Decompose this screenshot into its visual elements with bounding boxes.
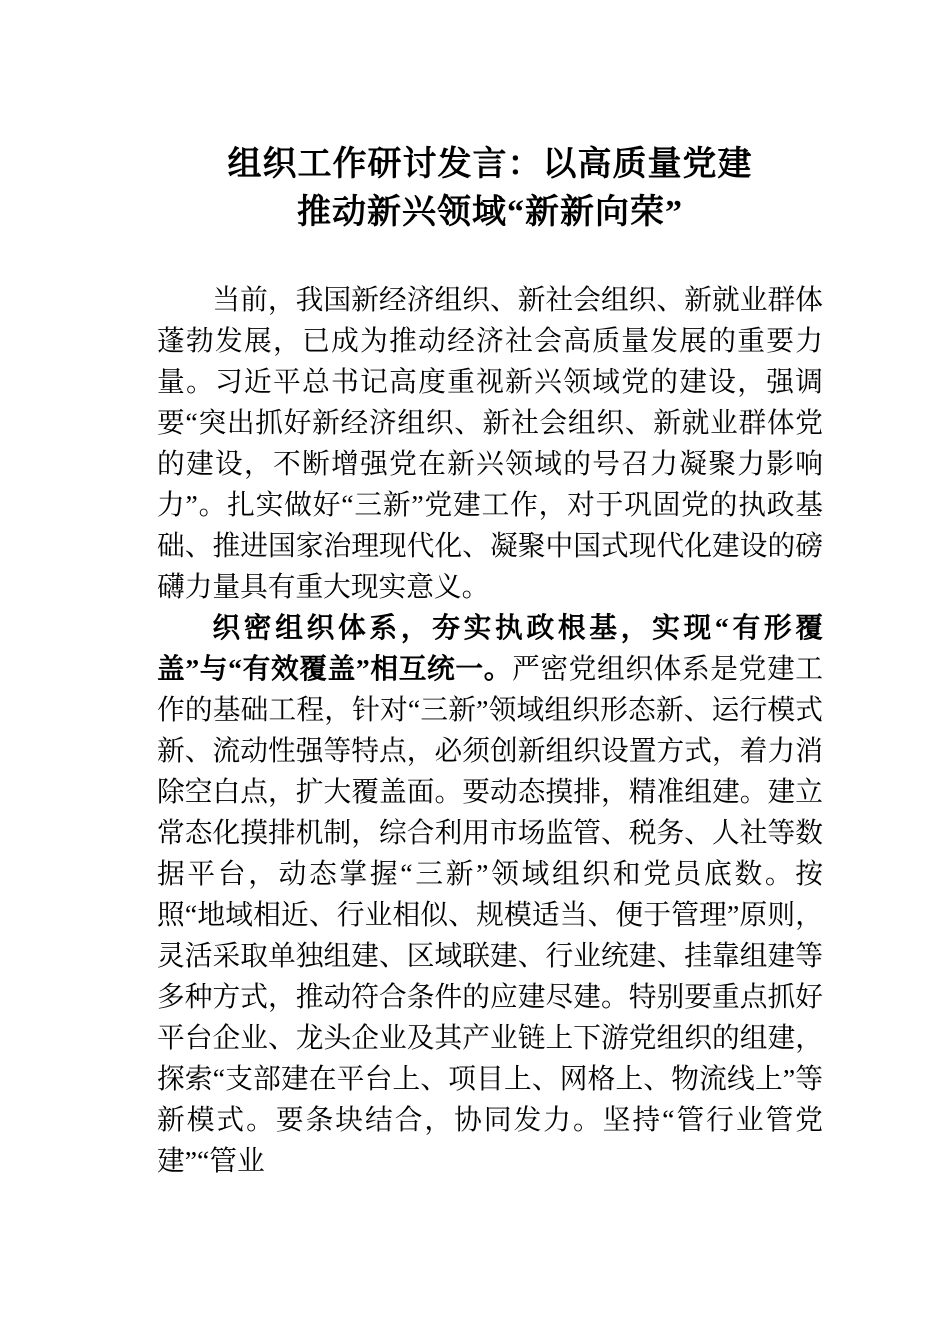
- paragraph-1-text: 当前，我国新经济组织、新社会组织、新就业群体蓬勃发展，已成为推动经济社会高质量发…: [157, 284, 823, 602]
- document-title: 组织工作研讨发言：以高质量党建 推动新兴领域“新新向荣”: [157, 141, 823, 237]
- paragraph-1: 当前，我国新经济组织、新社会组织、新就业群体蓬勃发展，已成为推动经济社会高质量发…: [157, 279, 823, 607]
- paragraph-2: 织密组织体系，夯实执政根基，实现“有形覆盖”与“有效覆盖”相互统一。严密党组织体…: [157, 607, 823, 1181]
- title-line-2: 推动新兴领域“新新向荣”: [157, 189, 823, 237]
- document-body: 当前，我国新经济组织、新社会组织、新就业群体蓬勃发展，已成为推动经济社会高质量发…: [157, 279, 823, 1181]
- title-line-1: 组织工作研讨发言：以高质量党建: [157, 141, 823, 189]
- document-page: 组织工作研讨发言：以高质量党建 推动新兴领域“新新向荣” 当前，我国新经济组织、…: [0, 0, 950, 1344]
- paragraph-2-text: 严密党组织体系是党建工作的基础工程，针对“三新”领域组织形态新、运行模式新、流动…: [157, 653, 823, 1176]
